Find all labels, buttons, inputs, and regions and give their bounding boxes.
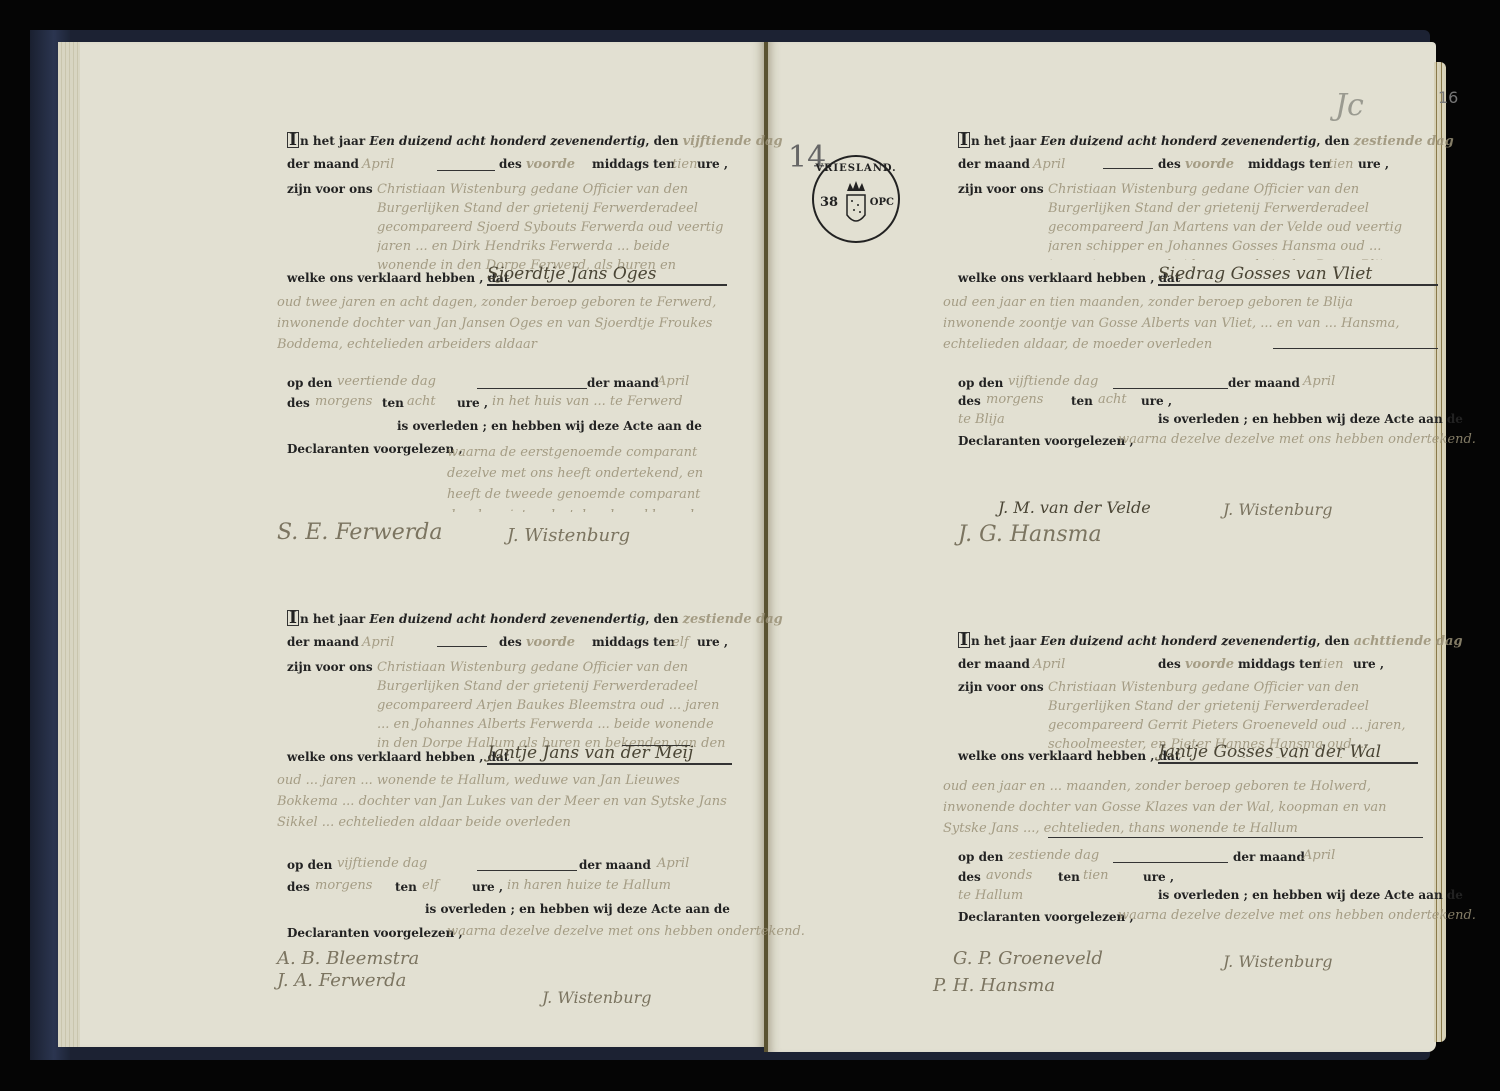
entry-day: achttiende dag <box>1354 634 1463 649</box>
entry-officer: Christiaan Wistenburg gedane Officier va… <box>377 660 698 694</box>
form-text: middags ten <box>1238 657 1321 671</box>
blank-rule <box>437 170 495 171</box>
entry-officer: Christiaan Wistenburg gedane Officier va… <box>1048 182 1369 216</box>
blank-rule <box>1103 168 1153 169</box>
form-text: is overleden ; en hebben wij deze Acte a… <box>397 419 702 433</box>
form-text: der maand <box>587 376 659 390</box>
signature: J. A. Ferwerda <box>277 970 406 991</box>
form-text: der maand <box>287 157 359 171</box>
death-hour: elf <box>422 878 439 893</box>
death-day: vijftiende dag <box>1008 374 1098 389</box>
stamp-number: 38 <box>820 195 838 210</box>
signature: J. Wistenburg <box>542 988 651 1007</box>
blank-rule <box>477 388 587 389</box>
blank-rule <box>1113 388 1228 389</box>
form-year: Een duizend acht honderd zevenendertig <box>1040 634 1316 648</box>
entry-officer: Christiaan Wistenburg gedane Officier va… <box>1048 680 1369 714</box>
signature: G. P. Groeneveld <box>953 948 1103 969</box>
death-part: morgens <box>315 394 372 409</box>
tax-stamp: VRIESLAND. 38 OPC <box>812 155 900 243</box>
death-part: morgens <box>315 878 372 893</box>
form-text: , den <box>1316 634 1349 648</box>
entry-month: April <box>1033 657 1065 672</box>
signature: P. H. Hansma <box>933 975 1055 996</box>
form-text: n het jaar <box>971 134 1040 148</box>
entry-declarants: gecompareerd Sjoerd Sybouts Ferwerda oud… <box>377 220 723 270</box>
form-text: , den <box>1316 134 1349 148</box>
death-hour: acht <box>1098 392 1127 407</box>
form-text: Declaranten voorgelezen , <box>958 910 1134 924</box>
deceased-name: Sjoerdtje Jans Oges <box>487 264 727 286</box>
entry-officer-and-declarants: Christiaan Wistenburg gedane Officier va… <box>377 180 727 270</box>
death-place: in het huis van ... te Ferwerd <box>492 394 683 409</box>
form-text: ure , <box>472 880 503 894</box>
form-text: des <box>287 396 310 410</box>
signature: J. M. van der Velde <box>998 498 1151 517</box>
form-text: middags ten <box>592 157 675 171</box>
deceased-name: Siedrag Gosses van Vliet <box>1158 264 1438 286</box>
page-number: 16 <box>1438 88 1458 107</box>
entry-hour: tien <box>672 157 697 172</box>
form-text: Declaranten voorgelezen , <box>287 926 463 940</box>
death-record-2: In het jaar Een duizend acht honderd zev… <box>287 608 727 1008</box>
deceased-name: Jantje Gosses van der Wal <box>1158 742 1418 764</box>
signature: J. Wistenburg <box>1223 952 1332 971</box>
folio-mark: Jc <box>1335 88 1364 123</box>
entry-month: April <box>362 157 394 172</box>
decorative-initial: I <box>287 610 299 626</box>
form-text: der maand <box>958 657 1030 671</box>
entry-day: zestiende dag <box>1354 134 1454 149</box>
entry-month: April <box>1033 157 1065 172</box>
form-text: is overleden ; en hebben wij deze Acte a… <box>1158 412 1463 426</box>
form-text: welke ons verklaard hebben , dat <box>287 750 509 764</box>
death-place: te Blija <box>958 412 1005 427</box>
blank-rule <box>1113 862 1228 863</box>
decorative-initial: I <box>958 132 970 148</box>
form-year: Een duizend acht honderd zevenendertig <box>1040 134 1316 148</box>
entry-officer: Christiaan Wistenburg gedane Officier va… <box>377 182 698 216</box>
form-text: Declaranten voorgelezen , <box>958 434 1134 448</box>
form-text: op den <box>958 850 1003 864</box>
form-text: , den <box>645 612 678 626</box>
form-text: middags ten <box>592 635 675 649</box>
decorative-initial: I <box>287 132 299 148</box>
form-text: ure , <box>1143 870 1174 884</box>
deceased-details: oud een jaar en tien maanden, zonder ber… <box>943 292 1423 376</box>
form-text: is overleden ; en hebben wij deze Acte a… <box>425 902 730 916</box>
form-text: des <box>1158 657 1181 671</box>
form-text: ten <box>1058 870 1080 884</box>
form-text: der maand <box>1228 376 1300 390</box>
deceased-name: Jantje Jans van der Meij <box>487 743 732 765</box>
form-year: Een duizend acht honderd zevenendertig <box>369 612 645 626</box>
form-text: zijn voor ons <box>287 660 373 674</box>
form-text: op den <box>287 858 332 872</box>
form-text: n het jaar <box>971 634 1040 648</box>
signature: A. B. Bleemstra <box>277 948 419 969</box>
stamp-suffix: OPC <box>870 197 894 208</box>
death-hour: acht <box>407 394 436 409</box>
death-day: veertiende dag <box>337 374 436 389</box>
form-text: der maand <box>958 157 1030 171</box>
form-text: welke ons verklaard hebben , dat <box>958 749 1180 763</box>
death-record-4: In het jaar Een duizend acht honderd zev… <box>958 630 1398 1030</box>
death-place: in haren huize te Hallum <box>507 878 671 893</box>
blank-rule <box>1048 837 1423 838</box>
blank-rule <box>437 646 487 647</box>
decorative-initial: I <box>958 632 970 648</box>
signature: J. G. Hansma <box>958 522 1102 547</box>
death-day: zestiende dag <box>1008 848 1099 863</box>
form-text: des <box>1158 157 1181 171</box>
form-text: n het jaar <box>300 612 369 626</box>
death-record-1: In het jaar Een duizend acht honderd zev… <box>287 130 727 570</box>
form-text: des <box>958 394 981 408</box>
form-text: ure , <box>697 635 728 649</box>
form-text: ten <box>1071 394 1093 408</box>
crown-shield-icon <box>844 179 868 229</box>
death-part: avonds <box>986 868 1032 883</box>
form-text: welke ons verklaard hebben , dat <box>287 271 509 285</box>
entry-part: voorde <box>1185 157 1234 172</box>
signature: J. Wistenburg <box>1223 500 1332 519</box>
death-hour: tien <box>1083 868 1108 883</box>
entry-day: vijftiende dag <box>683 134 783 149</box>
form-text: des <box>499 635 522 649</box>
entry-officer-and-declarants: Christiaan Wistenburg gedane Officier va… <box>377 658 727 748</box>
form-text: op den <box>287 376 332 390</box>
form-text: zijn voor ons <box>287 182 373 196</box>
blank-rule <box>1273 348 1438 349</box>
form-text: ure , <box>1353 657 1384 671</box>
death-day: vijftiende dag <box>337 856 427 871</box>
form-year: Een duizend acht honderd zevenendertig <box>369 134 645 148</box>
entry-hour: tien <box>1328 157 1353 172</box>
entry-hour: tien <box>1318 657 1343 672</box>
stamp-province: VRIESLAND. <box>814 163 898 174</box>
form-text: middags ten <box>1248 157 1331 171</box>
death-month: April <box>1303 848 1335 863</box>
entry-officer-and-declarants: Christiaan Wistenburg gedane Officier va… <box>1048 180 1408 260</box>
closing-text: waarna dezelve dezelve met ons hebben on… <box>1118 432 1476 447</box>
entry-declarants: gecompareerd Arjen Baukes Bleemstra oud … <box>377 698 726 748</box>
form-text: des <box>287 880 310 894</box>
entry-day: zestiende dag <box>683 612 783 627</box>
signature: J. Wistenburg <box>507 525 630 546</box>
form-text: is overleden ; en hebben wij deze Acte a… <box>1158 888 1463 902</box>
death-month: April <box>1303 374 1335 389</box>
closing-text: waarna dezelve dezelve met ons hebben on… <box>1118 908 1476 923</box>
form-text: ure , <box>1358 157 1389 171</box>
closing-text: waarna dezelve dezelve met ons hebben on… <box>447 924 805 939</box>
form-text: , den <box>645 134 678 148</box>
form-text: der maand <box>1233 850 1305 864</box>
form-text: welke ons verklaard hebben , dat <box>958 271 1180 285</box>
death-month: April <box>657 374 689 389</box>
entry-declarants: gecompareerd Jan Martens van der Velde o… <box>1048 220 1402 260</box>
form-text: des <box>958 870 981 884</box>
form-text: zijn voor ons <box>958 182 1044 196</box>
signature: S. E. Ferwerda <box>277 520 442 545</box>
form-text: ure , <box>457 396 488 410</box>
death-part: morgens <box>986 392 1043 407</box>
form-text: ten <box>382 396 404 410</box>
entry-part: voorde <box>526 157 575 172</box>
form-text: ure , <box>697 157 728 171</box>
closing-text: waarna de eerstgenoemde comparant dezelv… <box>447 442 737 512</box>
deceased-details: oud ... jaren ... wonende te Hallum, wed… <box>277 770 727 860</box>
death-month: April <box>657 856 689 871</box>
entry-month: April <box>362 635 394 650</box>
form-text: des <box>499 157 522 171</box>
form-text: ure , <box>1141 394 1172 408</box>
death-place: te Hallum <box>958 888 1023 903</box>
form-text: zijn voor ons <box>958 680 1044 694</box>
page-stack-edge <box>58 42 80 1047</box>
form-text: der maand <box>579 858 651 872</box>
entry-part: voorde <box>526 635 575 650</box>
death-record-3: In het jaar Een duizend acht honderd zev… <box>958 130 1398 570</box>
form-text: op den <box>958 376 1003 390</box>
entry-part: voorde <box>1185 657 1234 672</box>
form-text: ten <box>395 880 417 894</box>
form-text: der maand <box>287 635 359 649</box>
form-text: Declaranten voorgelezen , <box>287 442 463 456</box>
deceased-details: oud twee jaren en acht dagen, zonder ber… <box>277 292 727 356</box>
form-text: n het jaar <box>300 134 369 148</box>
blank-rule <box>477 870 577 871</box>
entry-hour: elf <box>672 635 689 650</box>
